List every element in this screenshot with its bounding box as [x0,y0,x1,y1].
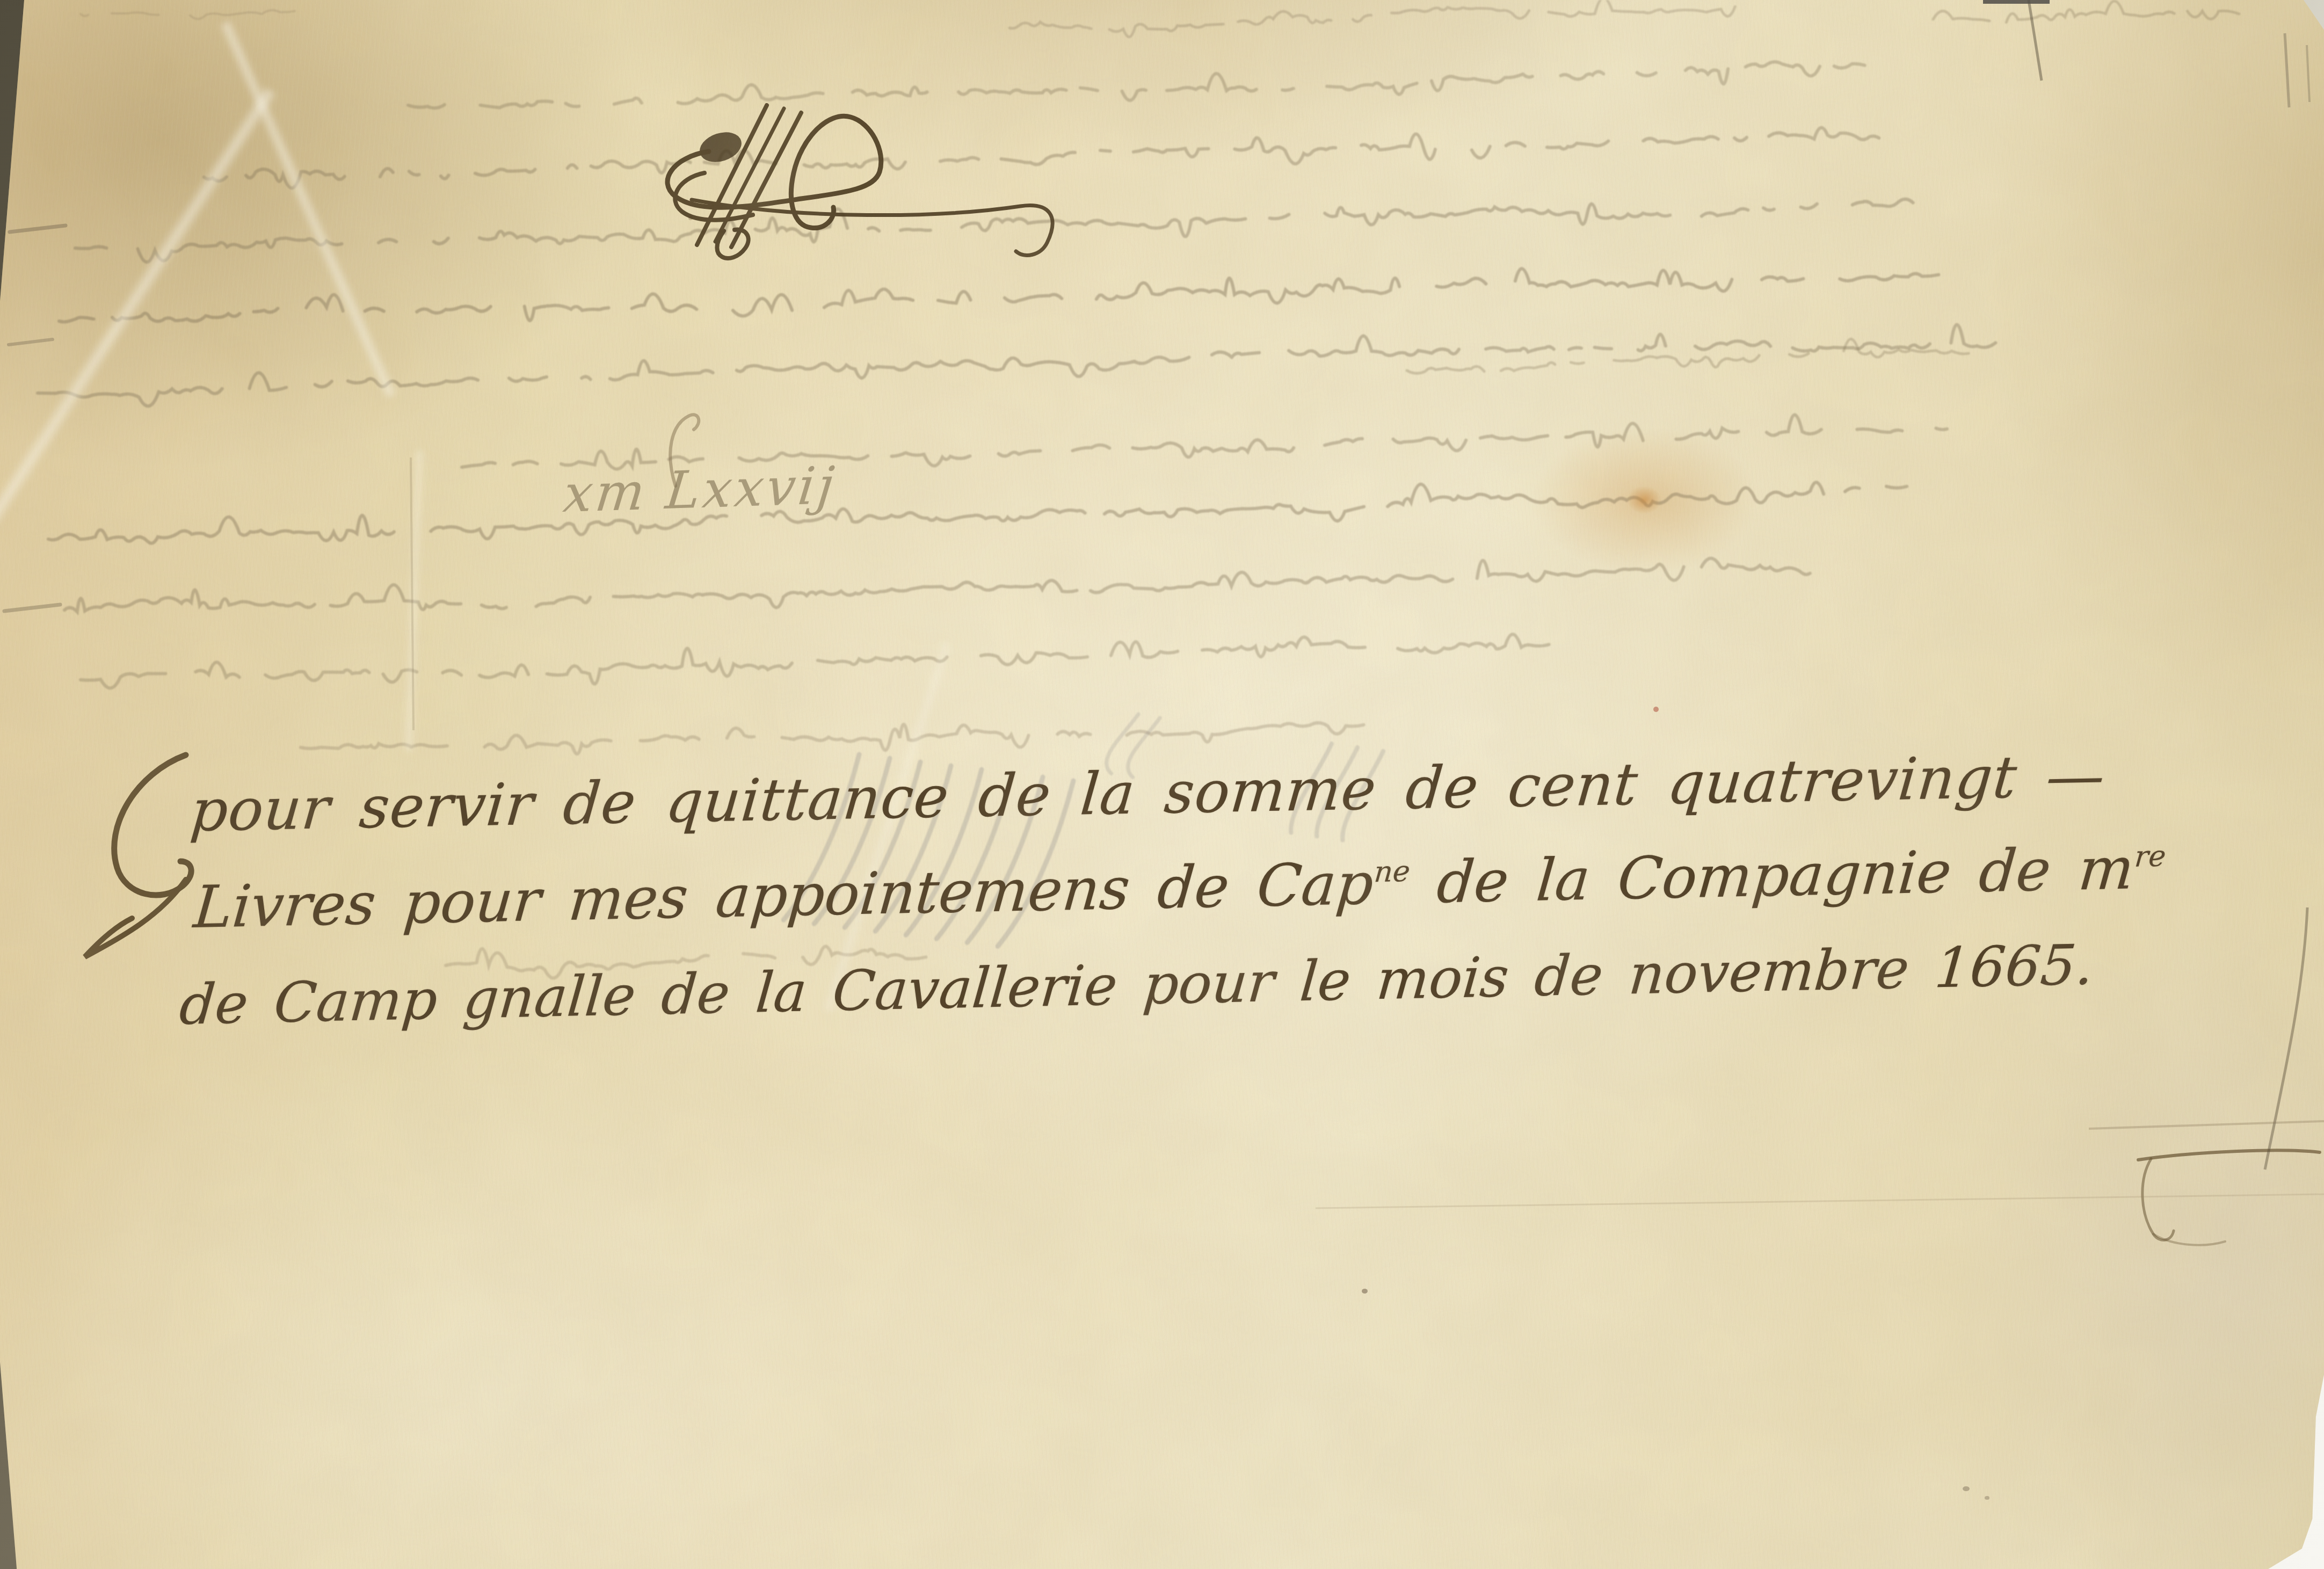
line-text: de la Compagnie de m [1406,835,2137,917]
line-text: pour servir de quittance de la somme de … [188,742,2108,845]
ghost-script-line [64,548,1810,626]
superscript-abbreviation: re [2133,839,2167,874]
ghost-script-line [204,122,1879,190]
ghost-script-line [301,714,1364,764]
ghost-script-line [80,627,1549,696]
parchment-sheet: xm Lxxvij pour servir de quittance de la [0,0,2324,1569]
speck [1963,1486,1970,1491]
crease-highlight [0,86,278,537]
edge-notch [1983,0,2050,4]
ghost-script-line [408,56,1865,120]
crease-highlight [403,451,425,752]
speck [1985,1496,1989,1500]
ghost-script-line [59,253,1939,335]
superscript-abbreviation: ne [1373,854,1412,889]
crease-highlight [219,20,398,399]
photo-backdrop: xm Lxxvij pour servir de quittance de la [0,0,2324,1569]
speck [1362,1289,1368,1294]
line-text: Livres pour mes appointemens de Cap [191,851,1376,941]
ghost-script-line [1009,0,1761,40]
ghost-script-line [1933,0,2239,24]
ghost-script-line [1406,336,1969,375]
line-text: de Camp gnalle de la Cavallerie pour le … [177,933,2096,1037]
ghost-script-line [37,319,1996,409]
manuscript-line-2: Livres pour mes appointemens de Capne de… [191,834,2168,941]
ghost-script-line [75,183,1913,264]
red-speck [1653,707,1659,712]
manuscript-line-3: de Camp gnalle de la Cavallerie pour le … [177,933,2096,1037]
ghost-script-line [81,10,319,21]
ink-stain [1627,486,1661,514]
ghost-script-line [48,471,1926,555]
manuscript-line-1: pour servir de quittance de la somme de … [188,742,2108,845]
docket-numerals: xm Lxxvij [561,455,839,524]
speck [688,216,693,220]
